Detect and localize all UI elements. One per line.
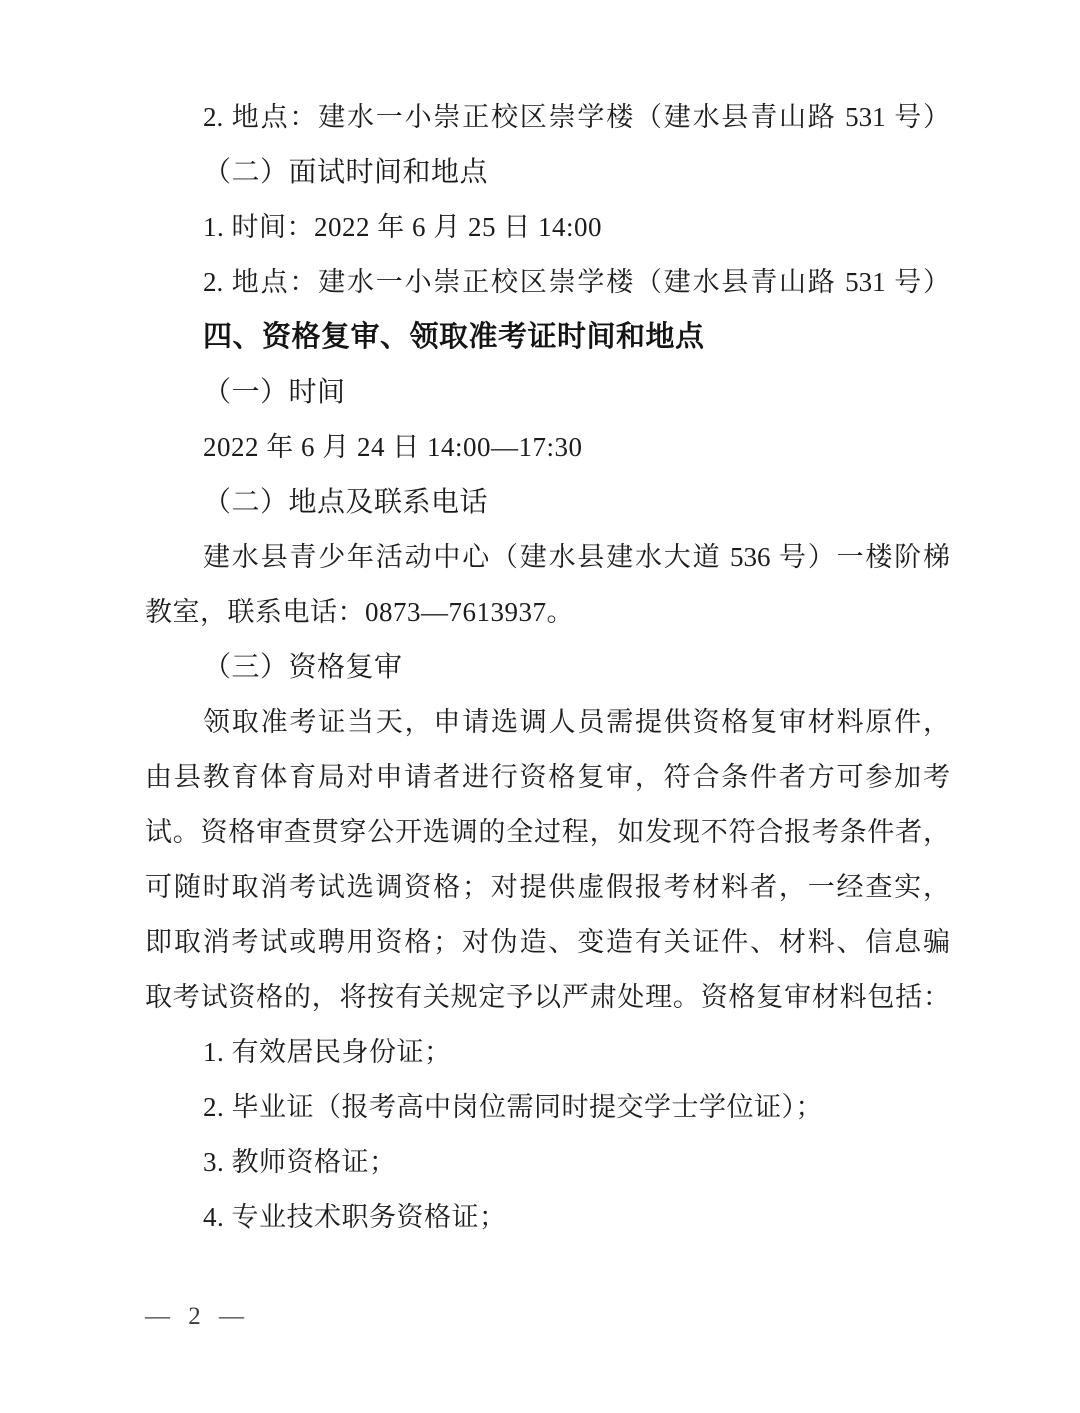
document-page: 2. 地点：建水一小崇正校区崇学楼（建水县青山路 531 号） （二）面试时间和… bbox=[0, 0, 1080, 1413]
paragraph-line-5: 即取消考试或聘用资格；对伪造、变造有关证件、材料、信息骗 bbox=[145, 915, 950, 970]
line-review-location-1: 建水县青少年活动中心（建水县建水大道 536 号）一楼阶梯 bbox=[145, 530, 950, 585]
section-heading-review-admission: 四、资格复审、领取准考证时间和地点 bbox=[145, 310, 950, 365]
list-item-material-2: 2. 毕业证（报考高中岗位需同时提交学士学位证）； bbox=[145, 1080, 950, 1135]
line-interview-location: 2. 地点：建水一小崇正校区崇学楼（建水县青山路 531 号） bbox=[145, 255, 950, 310]
paragraph-line-4: 可随时取消考试选调资格；对提供虚假报考材料者，一经查实， bbox=[145, 860, 950, 915]
list-item-material-1: 1. 有效居民身份证； bbox=[145, 1025, 950, 1080]
line-interview-time: 1. 时间：2022 年 6 月 25 日 14:00 bbox=[145, 200, 950, 255]
page-number: — 2 — bbox=[145, 1297, 250, 1337]
line-written-exam-location: 2. 地点：建水一小崇正校区崇学楼（建水县青山路 531 号） bbox=[145, 90, 950, 145]
paragraph-line-1: 领取准考证当天，申请选调人员需提供资格复审材料原件， bbox=[145, 695, 950, 750]
subheading-qualification-review: （三）资格复审 bbox=[145, 640, 950, 695]
paragraph-line-6: 取考试资格的，将按有关规定予以严肃处理。资格复审材料包括： bbox=[145, 970, 950, 1025]
subheading-interview-time-location: （二）面试时间和地点 bbox=[145, 145, 950, 200]
paragraph-line-3: 试。资格审查贯穿公开选调的全过程，如发现不符合报考条件者， bbox=[145, 805, 950, 860]
list-item-material-3: 3. 教师资格证； bbox=[145, 1135, 950, 1190]
document-body: 2. 地点：建水一小崇正校区崇学楼（建水县青山路 531 号） （二）面试时间和… bbox=[145, 90, 950, 1245]
subheading-time: （一）时间 bbox=[145, 365, 950, 420]
line-review-location-2: 教室，联系电话：0873—7613937。 bbox=[145, 585, 950, 640]
subheading-location-phone: （二）地点及联系电话 bbox=[145, 475, 950, 530]
list-item-material-4: 4. 专业技术职务资格证； bbox=[145, 1190, 950, 1245]
line-review-time: 2022 年 6 月 24 日 14:00—17:30 bbox=[145, 420, 950, 475]
paragraph-line-2: 由县教育体育局对申请者进行资格复审，符合条件者方可参加考 bbox=[145, 750, 950, 805]
